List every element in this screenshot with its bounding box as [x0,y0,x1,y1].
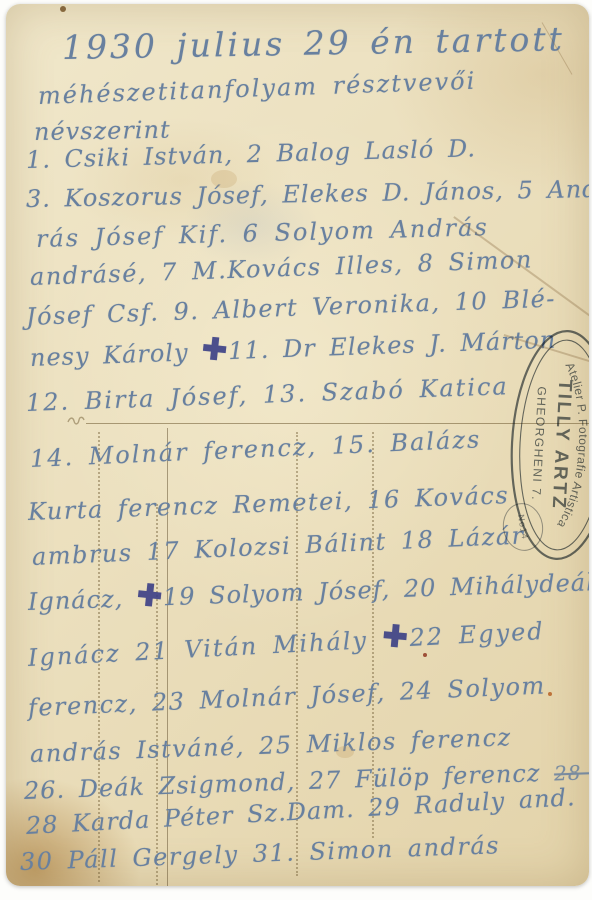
handwriting-line: 30 Páll Gergely 31. Simon andrás [20,831,501,876]
handwriting-block: 1930 julius 29 én tartottméhészetitanfol… [6,4,589,886]
handwriting-line: nesy Károly ✚11. Dr Elekes J. Márton [30,326,557,372]
handwriting-line: 14. Molnár ferencz, 15. Balázs [29,425,481,473]
cross-mark: ✚ [202,349,228,352]
cross-mark: ✚ [382,637,409,639]
ink-speck [423,653,427,657]
postcard-back: 1930 julius 29 én tartottméhészetitanfol… [6,4,589,886]
handwriting-line: Ignácz 21 Vitán Mihály ✚22 Egyed [27,617,545,672]
handwriting-line: Ignácz, ✚19 Solyom Jósef, 20 Mihálydeák. [28,568,589,616]
handwriting-line: andrás Istváné, 25 Miklos ferencz [30,723,513,768]
handwriting-line: andrásé, 7 M.Kovács Illes, 8 Simon [30,245,534,291]
handwriting-line: névszerint [34,116,171,146]
photo-background: 1930 julius 29 én tartottméhészetitanfol… [0,0,592,900]
stamp-city-text: GHEORGHENI 7. [529,386,549,501]
stain-spot [211,170,237,188]
small-stamp-text: No14 [516,514,530,541]
cross-mark: ✚ [137,595,163,598]
handwriting-line: Kurta ferencz Remetei, 16 Kovács [28,481,510,526]
stain-spot [336,746,354,758]
ink-speck [548,692,552,696]
stain-spot [60,6,66,12]
handwriting-line: 3. Koszorus Jósef, Elekes D. János, 5 An… [26,175,589,213]
handwriting-line: Jósef Csf. 9. Albert Veronika, 10 Blé- [26,285,557,331]
handwriting-line: 12. Birta Jósef, 13. Szabó Katica [26,372,510,417]
struck-text: 28 K [554,760,589,786]
handwriting-line: ambrus 17 Kolozsi Bálint 18 Lázár [31,522,525,571]
handwriting-line: méhészetitanfolyam résztvevői [38,67,477,110]
handwriting-line: ferencz, 23 Molnár Jósef, 24 Solyom [27,671,546,722]
handwriting-line: rás Jósef Kif. 6 Solyom András [36,213,489,253]
handwriting-line: 1930 julius 29 én tartott [62,19,565,67]
